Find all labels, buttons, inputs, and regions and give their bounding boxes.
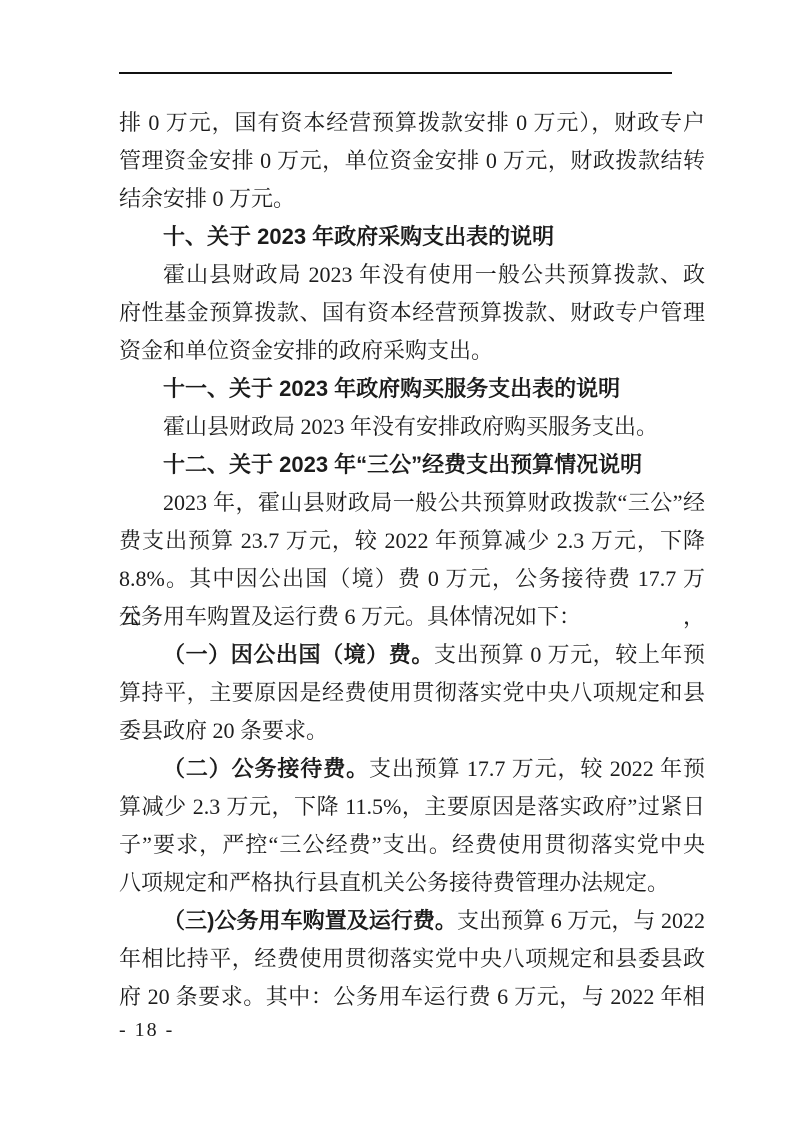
bold-text-run: （二）公务接待费。 (163, 756, 369, 781)
text-line: 霍山县财政局 2023 年没有安排政府购买服务支出。 (119, 408, 705, 446)
text-run: 管理资金安排 0 万元，单位资金安排 0 万元，财政拨款结转 (119, 148, 705, 173)
text-line: 算减少 2.3 万元，下降 11.5%，主要原因是落实政府”过紧日 (119, 788, 705, 826)
text-run: 结余安排 0 万元。 (119, 186, 295, 211)
text-line: 结余安排 0 万元。 (119, 180, 705, 218)
text-run: 委县政府 20 条要求。 (119, 718, 328, 743)
text-line: 8.8%。其中因公出国（境）费 0 万元，公务接待费 17.7 万元， (119, 560, 705, 598)
text-run: 支出预算 0 万元，较上年预 (434, 642, 705, 667)
heading-line: 十、关于 2023 年政府采购支出表的说明 (119, 218, 705, 256)
text-run: 霍山县财政局 2023 年没有使用一般公共预算拨款、政 (163, 262, 705, 287)
text-line: 算持平，主要原因是经费使用贯彻落实党中央八项规定和县 (119, 674, 705, 712)
heading-line: 十二、关于 2023 年“三公”经费支出预算情况说明 (119, 446, 705, 484)
text-line: 霍山县财政局 2023 年没有使用一般公共预算拨款、政 (119, 256, 705, 294)
page-number: - 18 - (119, 1018, 174, 1042)
text-run: 支出预算 17.7 万元，较 2022 年预 (369, 756, 705, 781)
text-line: 排 0 万元，国有资本经营预算拨款安排 0 万元），财政专户 (119, 104, 705, 142)
text-run: 支出预算 6 万元，与 2022 (457, 908, 705, 933)
bold-text-run: 十一、关于 2023 年政府购买服务支出表的说明 (163, 376, 620, 401)
document-page: 排 0 万元，国有资本经营预算拨款安排 0 万元），财政专户管理资金安排 0 万… (0, 0, 793, 1122)
text-line: 府 20 条要求。其中：公务用车运行费 6 万元，与 2022 年相 (119, 978, 705, 1016)
text-line: （三)公务用车购置及运行费。支出预算 6 万元，与 2022 (119, 902, 705, 940)
text-line: 府性基金预算拨款、国有资本经营预算拨款、财政专户管理 (119, 294, 705, 332)
bold-text-run: 十二、关于 2023 年“三公”经费支出预算情况说明 (163, 452, 642, 477)
bold-text-run: 十、关于 2023 年政府采购支出表的说明 (163, 224, 554, 249)
text-run: 排 0 万元，国有资本经营预算拨款安排 0 万元），财政专户 (119, 110, 705, 135)
bold-text-run: （三)公务用车购置及运行费。 (163, 908, 457, 933)
text-line: 资金和单位资金安排的政府采购支出。 (119, 332, 705, 370)
text-line: 八项规定和严格执行县直机关公务接待费管理办法规定。 (119, 864, 705, 902)
document-body: 排 0 万元，国有资本经营预算拨款安排 0 万元），财政专户管理资金安排 0 万… (119, 104, 705, 1016)
text-run: 府 20 条要求。其中：公务用车运行费 6 万元，与 2022 年相 (119, 984, 705, 1009)
text-line: 年相比持平，经费使用贯彻落实党中央八项规定和县委县政 (119, 940, 705, 978)
text-run: 费支出预算 23.7 万元，较 2022 年预算减少 2.3 万元，下降 (119, 528, 705, 553)
text-line: 管理资金安排 0 万元，单位资金安排 0 万元，财政拨款结转 (119, 142, 705, 180)
text-run: 年相比持平，经费使用贯彻落实党中央八项规定和县委县政 (119, 946, 705, 971)
text-run: 算持平，主要原因是经费使用贯彻落实党中央八项规定和县 (119, 680, 705, 705)
heading-line: 十一、关于 2023 年政府购买服务支出表的说明 (119, 370, 705, 408)
text-run: 子”要求，严控“三公经费”支出。经费使用贯彻落实党中央 (119, 832, 705, 857)
text-line: 委县政府 20 条要求。 (119, 712, 705, 750)
text-line: 费支出预算 23.7 万元，较 2022 年预算减少 2.3 万元，下降 (119, 522, 705, 560)
text-run: 算减少 2.3 万元，下降 11.5%，主要原因是落实政府”过紧日 (119, 794, 705, 819)
text-run: 八项规定和严格执行县直机关公务接待费管理办法规定。 (119, 870, 669, 895)
bold-text-run: （一）因公出国（境）费。 (163, 642, 434, 667)
header-rule (119, 72, 672, 74)
text-line: 2023 年，霍山县财政局一般公共预算财政拨款“三公”经 (119, 484, 705, 522)
text-run: 2023 年，霍山县财政局一般公共预算财政拨款“三公”经 (163, 490, 705, 515)
text-line: 子”要求，严控“三公经费”支出。经费使用贯彻落实党中央 (119, 826, 705, 864)
text-run: 资金和单位资金安排的政府采购支出。 (119, 338, 493, 363)
text-run: 府性基金预算拨款、国有资本经营预算拨款、财政专户管理 (119, 300, 705, 325)
text-run: 霍山县财政局 2023 年没有安排政府购买服务支出。 (163, 414, 658, 439)
text-line: （二）公务接待费。支出预算 17.7 万元，较 2022 年预 (119, 750, 705, 788)
text-line: （一）因公出国（境）费。支出预算 0 万元，较上年预 (119, 636, 705, 674)
text-run: 公务用车购置及运行费 6 万元。具体情况如下： (119, 604, 581, 629)
